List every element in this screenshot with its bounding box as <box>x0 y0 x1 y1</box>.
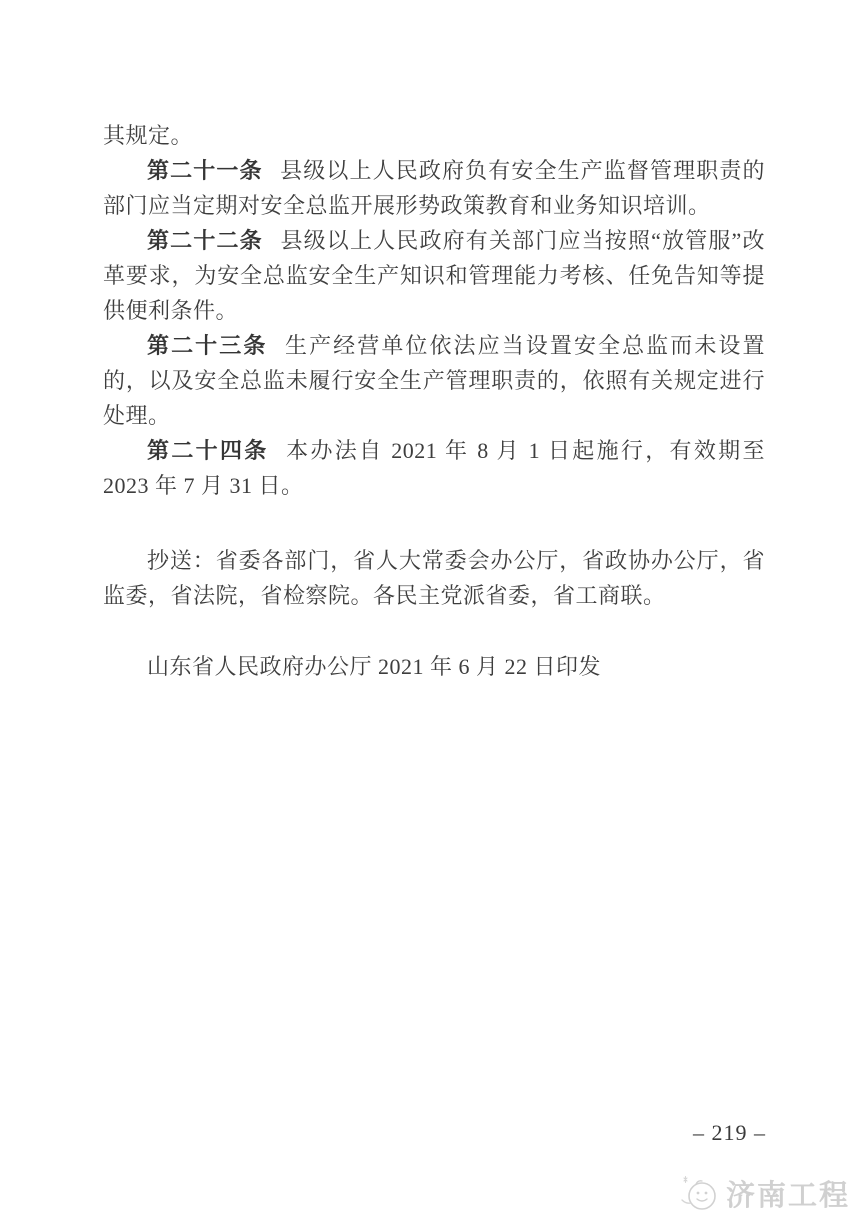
issue-note: 山东省人民政府办公厅 2021 年 6 月 22 日印发 <box>103 649 765 684</box>
paragraph-continuation: 其规定。 <box>103 118 765 153</box>
article-23: 第二十三条生产经营单位依法应当设置安全总监而未设置的，以及安全总监未履行安全生产… <box>103 328 765 433</box>
document-body: 其规定。 第二十一条县级以上人民政府负有安全生产监督管理职责的部门应当定期对安全… <box>103 118 765 684</box>
paragraph-text: 其规定。 <box>103 123 193 148</box>
article-23-label: 第二十三条 <box>147 333 267 358</box>
article-22-label: 第二十二条 <box>147 228 263 253</box>
article-24-label: 第二十四条 <box>147 438 269 463</box>
cartoon-face-logo-icon <box>676 1170 722 1216</box>
issue-note-text: 山东省人民政府办公厅 2021 年 6 月 22 日印发 <box>147 654 601 679</box>
watermark: 济南工程 <box>676 1170 850 1216</box>
article-21-label: 第二十一条 <box>147 158 263 183</box>
watermark-text: 济南工程 <box>726 1173 850 1214</box>
cc-note-text: 抄送：省委各部门，省人大常委会办公厅，省政协办公厅，省监委，省法院，省检察院。各… <box>103 548 765 608</box>
document-page: 其规定。 第二十一条县级以上人民政府负有安全生产监督管理职责的部门应当定期对安全… <box>0 0 856 1225</box>
cc-note: 抄送：省委各部门，省人大常委会办公厅，省政协办公厅，省监委，省法院，省检察院。各… <box>103 543 765 613</box>
page-number: – 219 – <box>693 1120 766 1146</box>
article-24: 第二十四条本办法自 2021 年 8 月 1 日起施行，有效期至 2023 年 … <box>103 433 765 503</box>
article-22: 第二十二条县级以上人民政府有关部门应当按照“放管服”改革要求，为安全总监安全生产… <box>103 223 765 328</box>
article-21: 第二十一条县级以上人民政府负有安全生产监督管理职责的部门应当定期对安全总监开展形… <box>103 153 765 223</box>
